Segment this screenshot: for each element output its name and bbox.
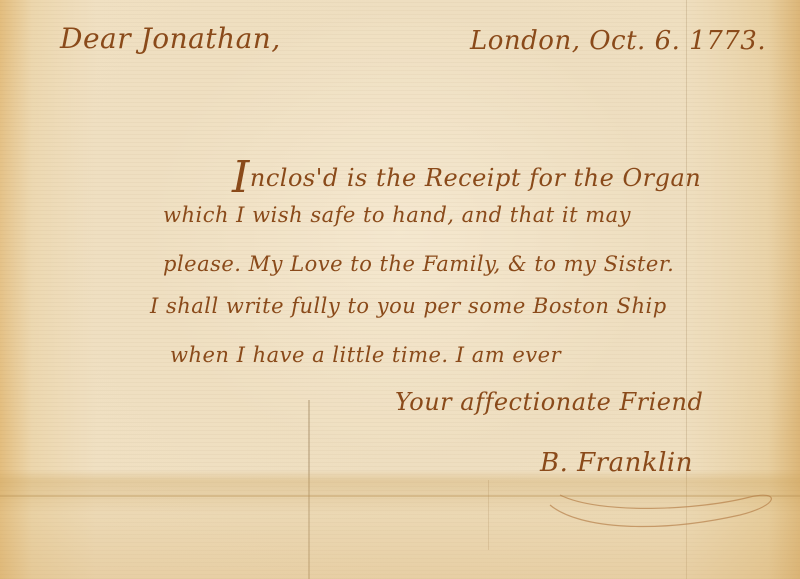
body-line-5: when I have a little time. I am ever (170, 343, 561, 367)
signature: B. Franklin (540, 448, 693, 478)
fold-crease (308, 400, 310, 579)
body-line-3: please. My Love to the Family, & to my S… (163, 252, 674, 276)
salutation: Dear Jonathan, (60, 22, 281, 55)
letter-paper: Dear Jonathan, London, Oct. 6. 1773. Inc… (0, 0, 800, 579)
body-line-4: I shall write fully to you per some Bost… (150, 294, 667, 318)
body-line-2: which I wish safe to hand, and that it m… (163, 203, 631, 227)
body-line-text: nclos'd is the Receipt for the Organ (250, 164, 701, 192)
signature-flourish-icon (540, 485, 790, 535)
closing: Your affectionate Friend (395, 388, 703, 416)
drop-cap: I (232, 152, 250, 203)
place-date: London, Oct. 6. 1773. (470, 26, 766, 56)
body-line-1: Inclos'd is the Receipt for the Organ (232, 152, 701, 203)
fold-crease (488, 480, 489, 550)
